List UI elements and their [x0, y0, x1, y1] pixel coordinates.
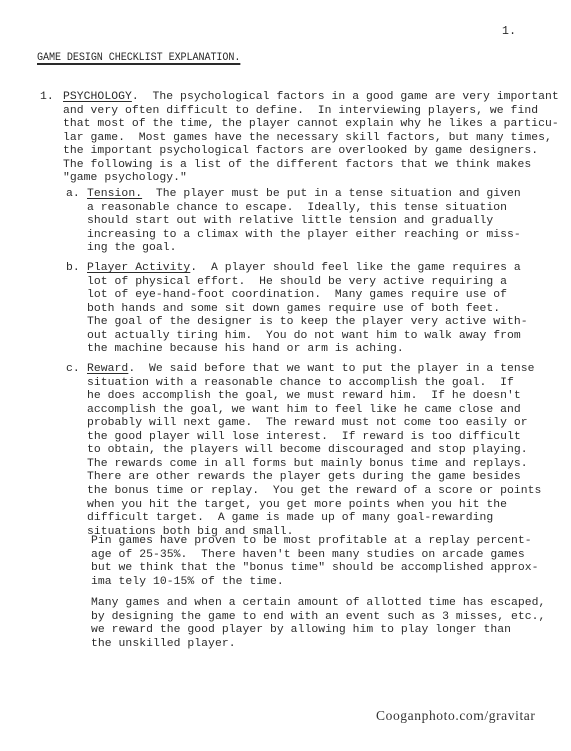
text-line: both hands and some sit down games requi… — [87, 303, 500, 316]
text-line: difficult target. A game is made up of m… — [87, 512, 493, 525]
text-line: the good player will lose interest. If r… — [87, 431, 521, 444]
text-line: he does accomplish the goal, we must rew… — [87, 390, 521, 403]
text-line: "game psychology." — [63, 172, 187, 185]
text-line: to obtain, the players will become disco… — [87, 444, 528, 457]
page-number: 1. — [502, 25, 516, 38]
text-line: the unskilled player. — [91, 638, 236, 651]
text-line: The following is a list of the different… — [63, 159, 531, 172]
text-line: the machine because his hand or arm is a… — [87, 343, 404, 356]
text-line: age of 25-35%. There haven't been many s… — [91, 549, 525, 562]
text-line: probably will next game. The reward must… — [87, 417, 528, 430]
item-marker: a. — [66, 188, 80, 201]
text-line: ing the goal. — [87, 242, 177, 255]
text-line: The goal of the designer is to keep the … — [87, 316, 528, 329]
item-marker: c. — [66, 363, 80, 376]
text-line: There are other rewards the player gets … — [87, 471, 521, 484]
text-line: Many games and when a certain amount of … — [91, 597, 545, 610]
text-line: a reasonable chance to escape. Ideally, … — [87, 202, 507, 215]
text-line: we reward the good player by allowing hi… — [91, 624, 511, 637]
item-heading: Player Activity — [87, 262, 190, 274]
text-line: Reward. We said before that we want to p… — [87, 363, 535, 376]
text-line: lar game. Most games have the necessary … — [63, 132, 552, 145]
text-line: Player Activity. A player should feel li… — [87, 262, 521, 275]
text-line: when you hit the target, you get more po… — [87, 499, 507, 512]
text-line: Pin games have proven to be most profita… — [91, 535, 532, 548]
text-line: the important psychological factors are … — [63, 145, 538, 158]
document-title: GAME DESIGN CHECKLIST EXPLANATION. — [37, 52, 240, 64]
text-line: lot of physical effort. He should be ver… — [87, 276, 507, 289]
text-line: out actually tiring him. You do not want… — [87, 330, 521, 343]
text-line: that most of the time, the player cannot… — [63, 118, 559, 131]
item-marker: b. — [66, 262, 80, 275]
item-heading: Tension. — [87, 188, 142, 200]
text-line: PSYCHOLOGY. The psychological factors in… — [63, 91, 559, 104]
text-line: but we think that the "bonus time" shoul… — [91, 562, 539, 575]
item-heading: Reward — [87, 363, 128, 375]
text-line: Tension. The player must be put in a ten… — [87, 188, 521, 201]
text-line: should start out with relative little te… — [87, 215, 493, 228]
text-line: ima tely 10-15% of the time. — [91, 576, 284, 589]
section-marker: 1. — [40, 91, 54, 104]
text-line: the bonus time or replay. You get the re… — [87, 485, 541, 498]
text-line: accomplish the goal, we want him to feel… — [87, 404, 521, 417]
text-line: situation with a reasonable chance to ac… — [87, 377, 514, 390]
text-line: and very often difficult to define. In i… — [63, 105, 538, 118]
item-heading: PSYCHOLOGY — [63, 91, 132, 103]
text-line: by designing the game to end with an eve… — [91, 611, 545, 624]
watermark: Cooganphoto.com/gravitar — [376, 708, 536, 724]
text-line: The rewards come in all forms but mainly… — [87, 458, 528, 471]
text-line: increasing to a climax with the player e… — [87, 229, 521, 242]
text-line: lot of eye-hand-foot coordination. Many … — [87, 289, 507, 302]
